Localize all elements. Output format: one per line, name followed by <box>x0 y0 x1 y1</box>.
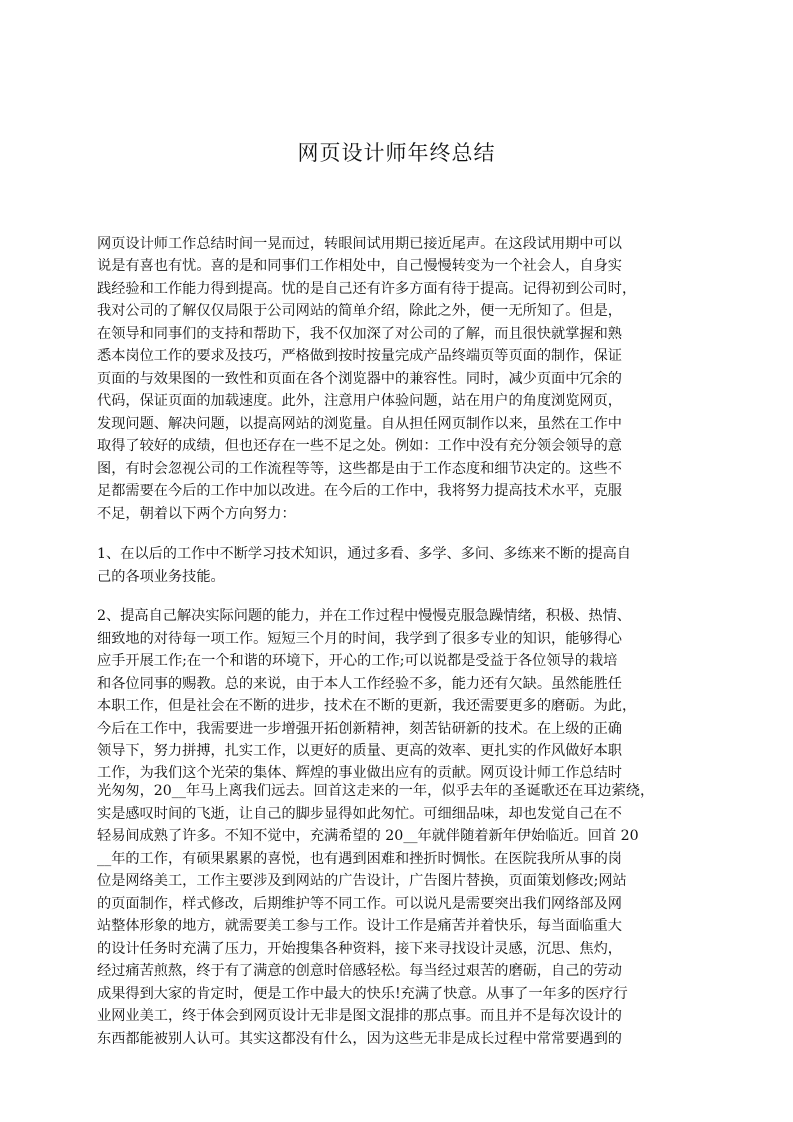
text-line: 的页面制作，样式修改，后期维护等不同工作。可以说凡是需要突出我们网络部及网 <box>97 895 622 913</box>
text-line: 实是感叹时间的飞逝，让自己的脚步显得如此匆忙。可细细品味，却也发觉自己在不 <box>97 805 622 823</box>
text-line: 细致地的对待每一项工作。短短三个月的时间，我学到了很多专业的知识，能够得心 <box>97 630 622 648</box>
text-line: 己的各项业务技能。 <box>97 568 225 586</box>
text-line: 践经验和工作能力得到提高。忧的是自己还有许多方面有待于提高。记得初到公司时， <box>97 280 636 298</box>
text-line: 应手开展工作;在一个和谐的环境下，开心的工作;可以说都是受益于各位领导的栽培 <box>97 652 617 670</box>
text-line: 今后在工作中，我需要进一步增强开拓创新精神，刻苦钻研新的技术。在上级的正确 <box>97 720 622 738</box>
text-line: 东西都能被别人认可。其实这都没有什么，因为这些无非是成长过程中常常要遇到的 <box>97 1030 622 1048</box>
text-line: 在领导和同事们的支持和帮助下，我不仅加深了对公司的了解，而且很快就掌握和熟 <box>97 325 622 343</box>
text-line: 不足，朝着以下两个方向努力： <box>97 505 296 523</box>
text-line: 站整体形象的地方，就需要美工参与工作。设计工作是痛苦并着快乐，每当面临重大 <box>97 917 622 935</box>
document-title: 网页设计师年终总结 <box>0 137 793 167</box>
text-line: 本职工作，但是社会在不断的进步，技术在不断的更新，我还需要更多的磨砺。为此， <box>97 697 636 715</box>
text-line: 悉本岗位工作的要求及技巧，严格做到按时按量完成产品终端页等页面的制作，保证 <box>97 347 622 365</box>
text-line: 网页设计师工作总结时间一晃而过，转眼间试用期已接近尾声。在这段试用期中可以 <box>97 235 622 253</box>
text-line: 轻易间成熟了许多。不知不觉中，充满希望的 20__年就伴随着新年伊始临近。回首 … <box>97 827 639 845</box>
text-line: 的设计任务时充满了压力，开始搜集各种资料，接下来寻找设计灵感，沉思、焦灼， <box>97 940 622 958</box>
text-line: 1、在以后的工作中不断学习技术知识，通过多看、多学、多问、多练来不断的提高自 <box>97 545 631 563</box>
text-line: 业网业美工，终于体会到网页设计无非是图文混排的那点事。而且并不是每次设计的 <box>97 1007 622 1025</box>
text-line: 说是有喜也有忧。喜的是和同事们工作相处中，自己慢慢转变为一个社会人，自身实 <box>97 257 622 275</box>
text-line: 图，有时会忽视公司的工作流程等等，这些都是由于工作态度和细节决定的。这些不 <box>97 460 622 478</box>
text-line: 2、提高自己解决实际问题的能力，并在工作过程中慢慢克服急躁情绪，积极、热情、 <box>97 607 631 625</box>
text-line: __年的工作，有硕果累累的喜悦，也有遇到困难和挫折时惆怅。在医院我所从事的岗 <box>97 850 622 868</box>
text-line: 我对公司的了解仅仅局限于公司网站的简单介绍，除此之外，便一无所知了。但是， <box>97 302 622 320</box>
text-line: 取得了较好的成绩，但也还存在一些不足之处。例如：工作中没有充分领会领导的意 <box>97 437 622 455</box>
text-line: 发现问题、解决问题，以提高网站的浏览量。自从担任网页制作以来，虽然在工作中 <box>97 415 622 433</box>
document-page: 网页设计师年终总结 网页设计师工作总结时间一晃而过，转眼间试用期已接近尾声。在这… <box>0 0 793 1122</box>
text-line: 工作，为我们这个光荣的集体、辉煌的事业做出应有的贡献。网页设计师工作总结时 <box>97 764 622 782</box>
text-line: 位是网络美工，工作主要涉及到网站的广告设计，广告图片替换，页面策划修改;网站 <box>97 872 627 890</box>
text-line: 页面的与效果图的一致性和页面在各个浏览器中的兼容性。同时，减少页面中冗余的 <box>97 370 622 388</box>
text-line: 代码，保证页面的加载速度。此外，注意用户体验问题，站在用户的角度浏览网页， <box>97 392 622 410</box>
text-line: 成果得到大家的肯定时，便是工作中最大的快乐!充满了快意。从事了一年多的医疗行 <box>97 985 628 1003</box>
text-line: 光匆匆，20__年马上离我们远去。回首这走来的一年，似乎去年的圣诞歌还在耳边萦绕… <box>97 782 654 800</box>
text-line: 和各位同事的赐教。总的来说，由于本人工作经验不多，能力还有欠缺。虽然能胜任 <box>97 675 622 693</box>
text-line: 经过痛苦煎熬，终于有了满意的创意时倍感轻松。每当经过艰苦的磨砺，自己的劳动 <box>97 962 622 980</box>
text-line: 领导下，努力拼搏，扎实工作，以更好的质量、更高的效率、更扎实的作风做好本职 <box>97 742 622 760</box>
text-line: 足都需要在今后的工作中加以改进。在今后的工作中，我将努力提高技术水平，克服 <box>97 482 622 500</box>
